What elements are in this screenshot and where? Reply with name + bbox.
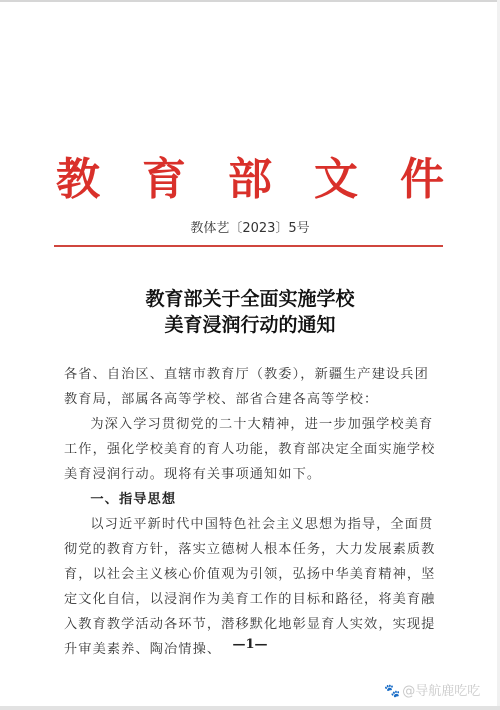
document-number: 教体艺〔2023〕5号 [0,217,500,236]
masthead-char: 教 [56,143,100,207]
title-line-1: 教育部关于全面实施学校 [0,286,500,312]
masthead-char: 部 [228,143,272,207]
document-title: 教育部关于全面实施学校 美育浸润行动的通知 [0,286,500,338]
title-line-2: 美育浸润行动的通知 [0,312,500,338]
red-divider-rule [54,245,443,247]
document-body: 各省、自治区、直辖市教育厅（教委），新疆生产建设兵团教育局，部属各高等学校、部省… [64,362,439,662]
masthead-char: 文 [314,143,358,207]
section-heading: 一、指导思想 [64,487,439,512]
page-top-border [0,0,500,2]
recipients-paragraph: 各省、自治区、直辖市教育厅（教委），新疆生产建设兵团教育局，部属各高等学校、部省… [64,362,439,412]
page-number: —1— [0,637,500,652]
intro-paragraph: 为深入学习贯彻党的二十大精神，进一步加强学校美育工作，强化学校美育的育人功能，教… [64,412,439,487]
document-masthead: 教育部文件 [0,143,500,207]
masthead-char: 件 [400,143,444,207]
watermark: 🐾@导航鹿吃吃 [384,680,480,699]
page-bottom-border [0,706,500,710]
watermark-text: @导航鹿吃吃 [402,684,480,699]
paw-icon: 🐾 [384,684,400,699]
masthead-char: 育 [142,143,186,207]
